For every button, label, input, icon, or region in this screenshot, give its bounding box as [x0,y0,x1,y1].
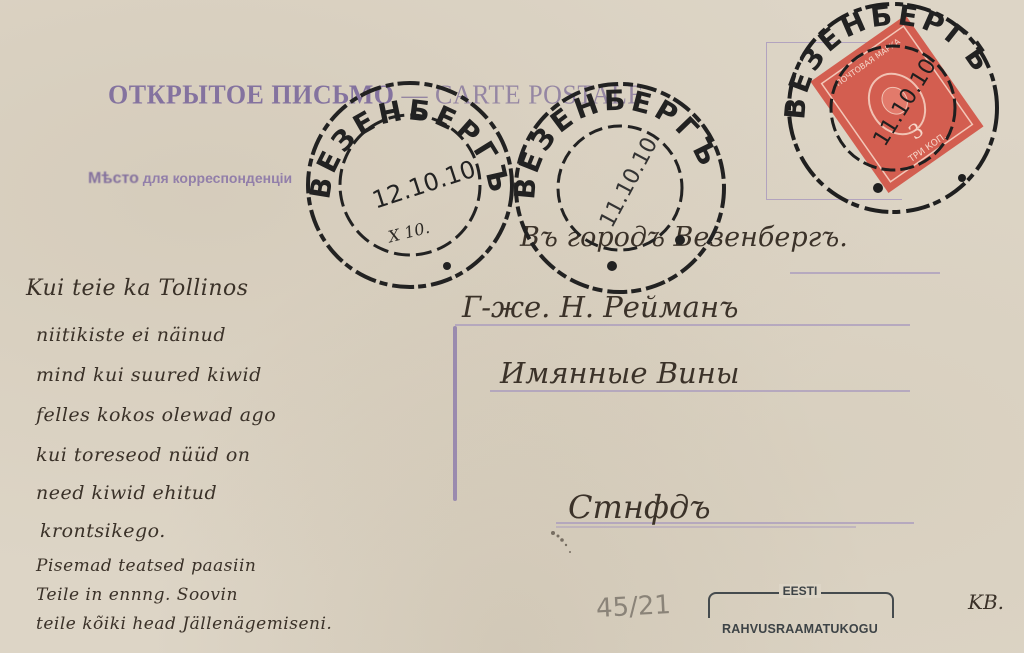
postmark-center: ВЕЗЕНБЕРГЪ 11.10.10 [508,83,726,292]
ink-smudge [551,531,571,553]
postmark-center-date: 11.10.10 [595,134,663,232]
postmark-left: ВЕЗЕНБЕРГЪ 12.10.10 X 10. [303,83,516,287]
postmarks-layer: ПОЧТОВАЯ МАРКА ТРИ КОП. 3 ВЕЗЕНБЕРГЪ 12.… [0,0,1024,653]
postmark-left-date: 12.10.10 [369,155,479,215]
postcard-back: ОТКРЫТОЕ ПИСЬМО — CARTE POSTALE. Мѣсто д… [0,0,1024,653]
postmark-left-annotation: X 10. [384,218,431,247]
